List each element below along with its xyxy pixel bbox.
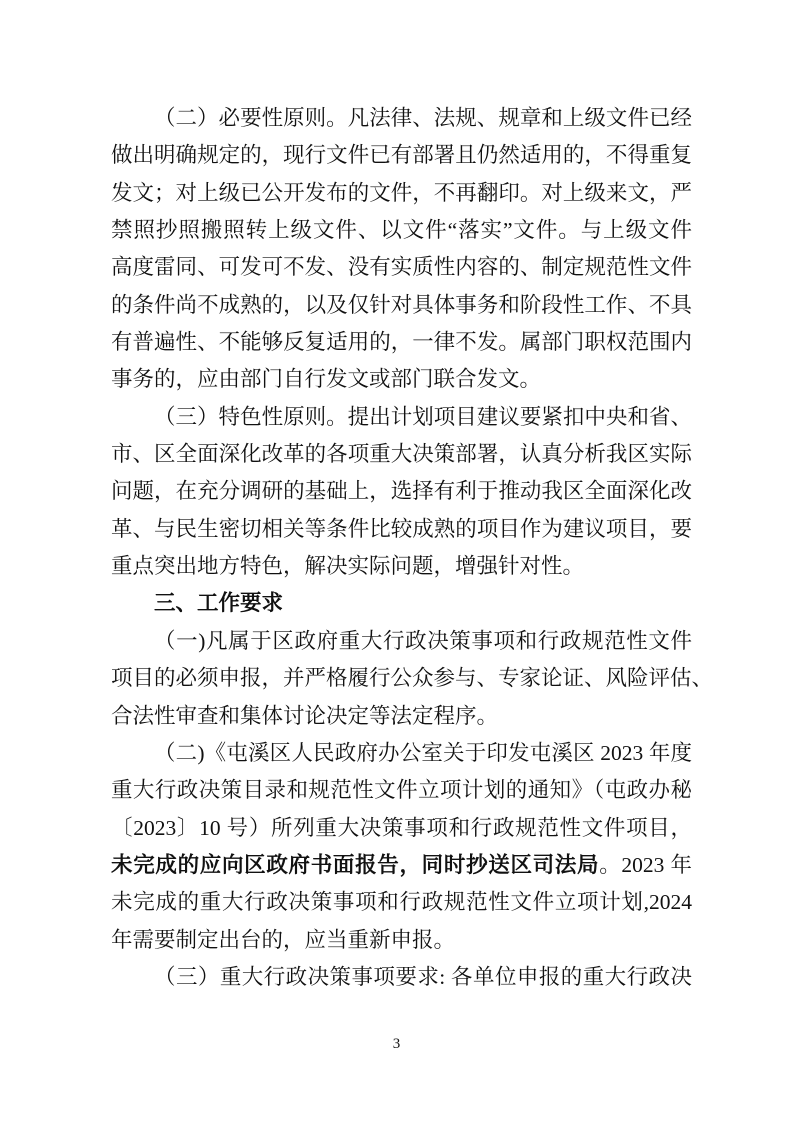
page-number: 3 — [0, 1034, 793, 1054]
text-line: （三）重大行政决策事项要求: 各单位申报的重大行政决 — [111, 959, 692, 996]
text-line: 禁照抄照搬照转上级文件、以文件“落实”文件。与上级文件 — [111, 212, 692, 249]
text-line: 项目的必须申报，并严格履行公众参与、专家论证、风险评估、 — [111, 660, 692, 697]
text-line: （一)凡属于区政府重大行政决策事项和行政规范性文件 — [111, 623, 692, 660]
text-line: 合法性审查和集体讨论决定等法定程序。 — [111, 698, 692, 735]
text-line: 重点突出地方特色，解决实际问题，增强针对性。 — [111, 548, 692, 585]
text-line: 高度雷同、可发可不发、没有实质性内容的、制定规范性文件 — [111, 249, 692, 286]
section-heading: 三、工作要求 — [111, 585, 692, 622]
text-line: 做出明确规定的，现行文件已有部署且仍然适用的，不得重复 — [111, 137, 692, 174]
text-line: 事务的，应由部门自行发文或部门联合发文。 — [111, 361, 692, 398]
text-line: （二）必要性原则。凡法律、法规、规章和上级文件已经 — [111, 100, 692, 137]
text-line: 发文；对上级已公开发布的文件，不再翻印。对上级来文，严 — [111, 175, 692, 212]
text-line: 〔2023〕10 号）所列重大决策事项和行政规范性文件项目， — [111, 810, 692, 847]
text-line: 未完成的应向区政府书面报告，同时抄送区司法局。2023 年 — [111, 847, 692, 884]
text-run: 。2023 年 — [599, 853, 692, 877]
text-line: 的条件尚不成熟的，以及仅针对具体事务和阶段性工作、不具 — [111, 287, 692, 324]
text-line: 有普遍性、不能够反复适用的，一律不发。属部门职权范围内 — [111, 324, 692, 361]
document-page: （二）必要性原则。凡法律、法规、规章和上级文件已经 做出明确规定的，现行文件已有… — [0, 0, 793, 1122]
text-line: 重大行政决策目录和规范性文件立项计划的通知》（屯政办秘 — [111, 772, 692, 809]
bold-text-run: 未完成的应向区政府书面报告，同时抄送区司法局 — [111, 853, 599, 877]
text-line: 问题，在充分调研的基础上，选择有利于推动我区全面深化改 — [111, 473, 692, 510]
text-line: （二)《屯溪区人民政府办公室关于印发屯溪区 2023 年度 — [111, 735, 692, 772]
text-line: 年需要制定出台的，应当重新申报。 — [111, 922, 692, 959]
text-line: 市、区全面深化改革的各项重大决策部署，认真分析我区实际 — [111, 436, 692, 473]
text-line: 未完成的重大行政决策事项和行政规范性文件立项计划,2024 — [111, 884, 692, 921]
text-line: （三）特色性原则。提出计划项目建议要紧扣中央和省、 — [111, 399, 692, 436]
document-body: （二）必要性原则。凡法律、法规、规章和上级文件已经 做出明确规定的，现行文件已有… — [111, 100, 692, 996]
text-line: 革、与民生密切相关等条件比较成熟的项目作为建议项目，要 — [111, 511, 692, 548]
